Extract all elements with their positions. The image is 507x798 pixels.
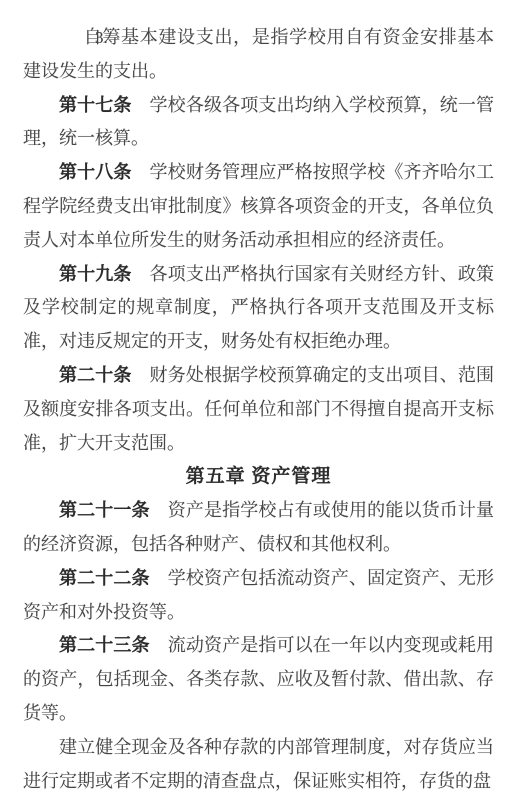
- paragraph-article-21: 第二十一条资产是指学校占有或使用的能以货币计量的经济资源，包括各种财产、债权和其…: [23, 494, 494, 562]
- article-number-22: 第二十二条: [59, 568, 150, 588]
- article-number-17: 第十七条: [59, 95, 132, 115]
- chapter-heading: 第五章 资产管理: [23, 460, 494, 494]
- paragraph-text: 自筹基本建设支出，是指学校用自有资金安排基本建设发生的支出。: [23, 27, 494, 81]
- paragraph-article-17: 第十七条学校各级各项支出均纳入学校预算，统一管理，统一核算。: [23, 89, 494, 157]
- paragraph-item-3: 3.自筹基本建设支出，是指学校用自有资金安排基本建设发生的支出。: [23, 21, 494, 89]
- article-number-23: 第二十三条: [59, 635, 150, 655]
- article-number-20: 第二十条: [59, 365, 132, 385]
- paragraph-article-22: 第二十二条学校资产包括流动资产、固定资产、无形资产和对外投资等。: [23, 562, 494, 630]
- paragraph-article-20: 第二十条财务处根据学校预算确定的支出项目、范围及额度安排各项支出。任何单位和部门…: [23, 359, 494, 460]
- paragraph-article-23: 第二十三条流动资产是指可以在一年以内变现或耗用的资产，包括现金、各类存款、应收及…: [23, 629, 494, 730]
- paragraph-article-18: 第十八条学校财务管理应严格按照学校《齐齐哈尔工程学院经费支出审批制度》核算各项资…: [23, 156, 494, 257]
- article-number-21: 第二十一条: [59, 500, 150, 520]
- paragraph-text: 建立健全现金及各种存款的内部管理制度，对存货应当进行定期或者不定期的清查盘点，保…: [23, 737, 494, 791]
- item-number: 3.: [59, 21, 83, 55]
- paragraph-article-19: 第十九条各项支出严格执行国家有关财经方针、政策及学校制定的规章制度，严格执行各项…: [23, 258, 494, 359]
- article-number-19: 第十九条: [59, 264, 132, 284]
- article-number-18: 第十八条: [59, 162, 132, 182]
- document-page: 3.自筹基本建设支出，是指学校用自有资金安排基本建设发生的支出。 第十七条学校各…: [0, 0, 507, 798]
- paragraph-inventory-rule: 建立健全现金及各种存款的内部管理制度，对存货应当进行定期或者不定期的清查盘点，保…: [23, 731, 494, 798]
